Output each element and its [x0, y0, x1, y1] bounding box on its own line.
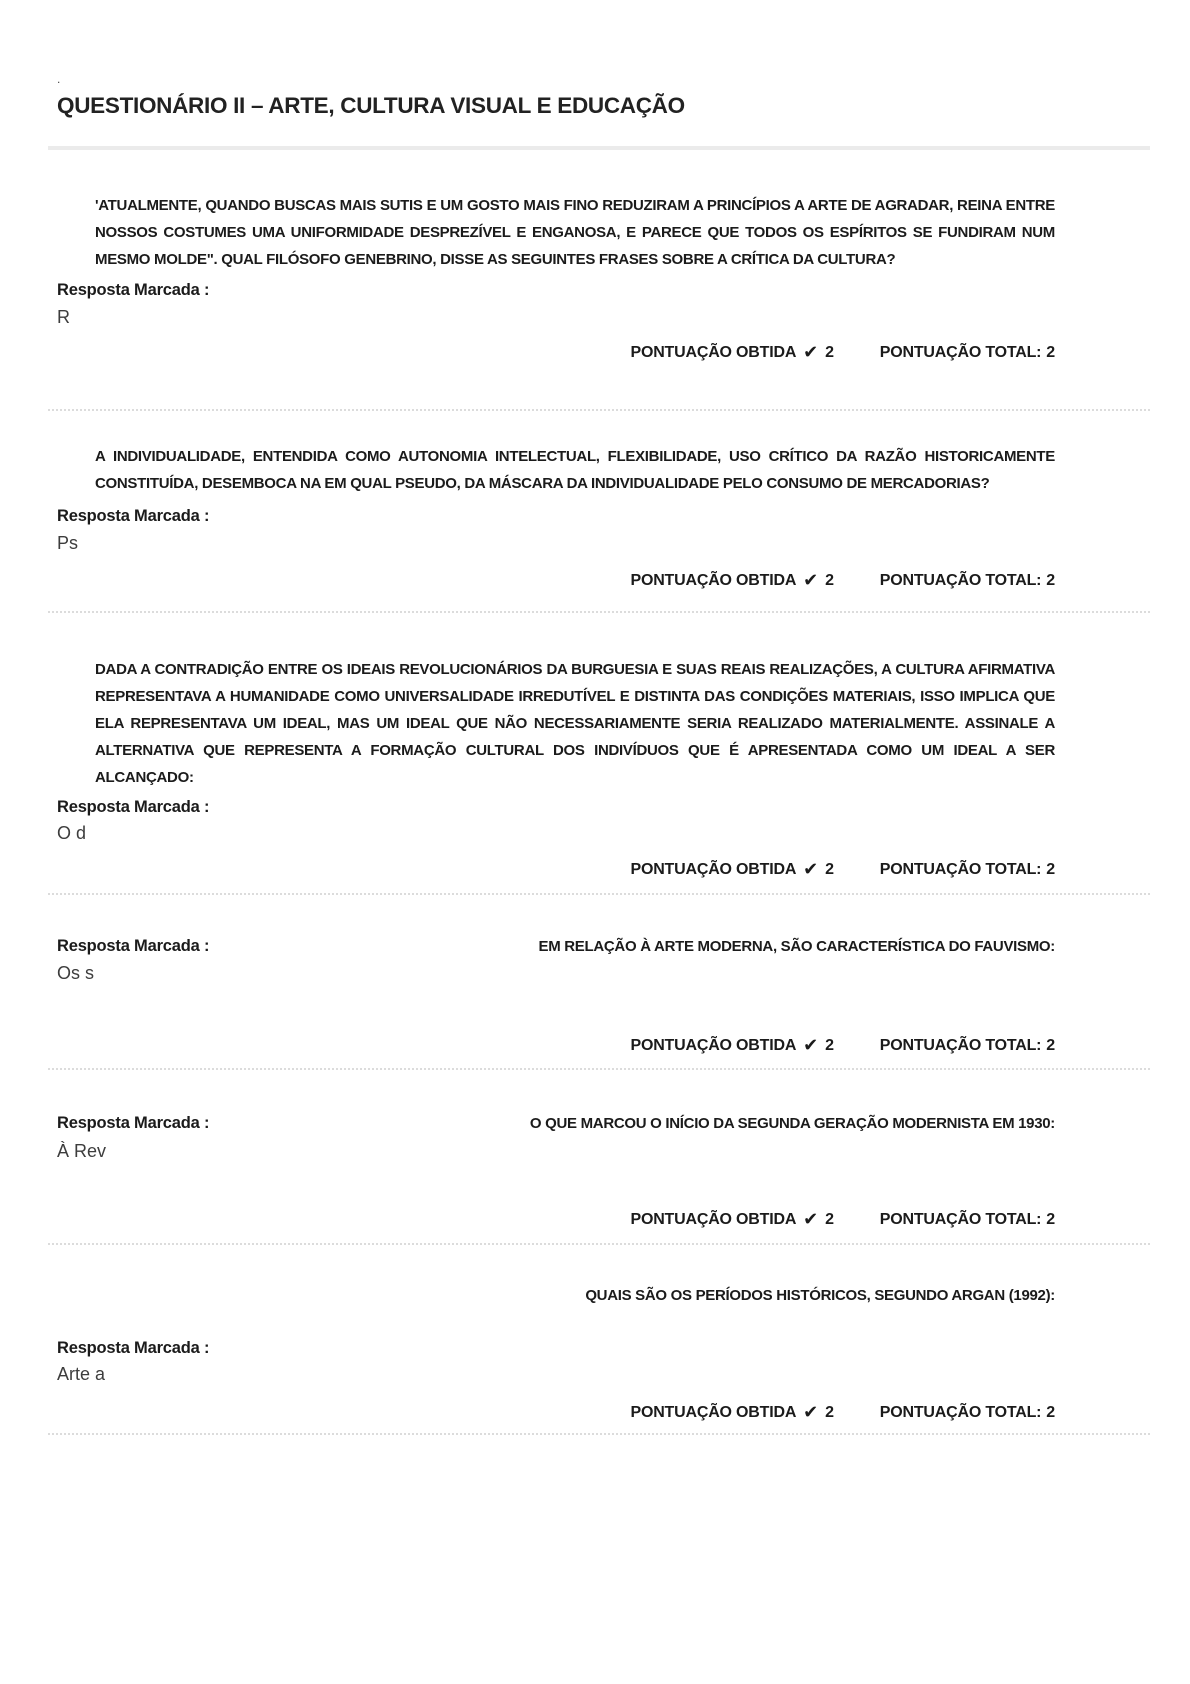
score-obtained: PONTUAÇÃO OBTIDA ✔ 2 [630, 1402, 833, 1424]
question-text: 'ATUALMENTE, QUANDO BUSCAS MAIS SUTIS E … [95, 192, 1055, 273]
score-row: PONTUAÇÃO OBTIDA ✔ 2 PONTUAÇÃO TOTAL: 2 [57, 1209, 1055, 1231]
page-title: QUESTIONÁRIO II – ARTE, CULTURA VISUAL E… [57, 92, 1055, 120]
score-total: PONTUAÇÃO TOTAL: 2 [880, 570, 1055, 592]
check-icon: ✔ [803, 1208, 818, 1230]
answer-value: R [57, 305, 1055, 329]
check-icon: ✔ [803, 341, 818, 363]
check-icon: ✔ [803, 1401, 818, 1423]
score-obtained: PONTUAÇÃO OBTIDA ✔ 2 [630, 342, 833, 364]
score-total: PONTUAÇÃO TOTAL: 2 [880, 1402, 1055, 1424]
score-total-value: 2 [1046, 1402, 1055, 1424]
score-total-label: PONTUAÇÃO TOTAL: [880, 342, 1042, 364]
section-divider [48, 1243, 1150, 1245]
check-icon: ✔ [803, 858, 818, 880]
score-row: PONTUAÇÃO OBTIDA ✔ 2 PONTUAÇÃO TOTAL: 2 [57, 342, 1055, 364]
answer-question-row: Resposta Marcada : EM RELAÇÃO À ARTE MOD… [57, 935, 1055, 958]
check-icon: ✔ [803, 1034, 818, 1056]
question-text: A INDIVIDUALIDADE, ENTENDIDA COMO AUTONO… [95, 443, 1055, 497]
score-obtained-label: PONTUAÇÃO OBTIDA [630, 859, 796, 881]
score-total-label: PONTUAÇÃO TOTAL: [880, 1402, 1042, 1424]
question-block: Resposta Marcada : EM RELAÇÃO À ARTE MOD… [48, 935, 1150, 1070]
score-total-value: 2 [1046, 342, 1055, 364]
score-total-label: PONTUAÇÃO TOTAL: [880, 859, 1042, 881]
score-obtained: PONTUAÇÃO OBTIDA ✔ 2 [630, 1209, 833, 1231]
question-block: Resposta Marcada : O QUE MARCOU O INÍCIO… [48, 1112, 1150, 1245]
question-block: A INDIVIDUALIDADE, ENTENDIDA COMO AUTONO… [48, 443, 1150, 613]
section-divider [48, 1068, 1150, 1070]
score-row: PONTUAÇÃO OBTIDA ✔ 2 PONTUAÇÃO TOTAL: 2 [57, 1402, 1055, 1424]
score-row: PONTUAÇÃO OBTIDA ✔ 2 PONTUAÇÃO TOTAL: 2 [57, 859, 1055, 881]
section-divider [48, 1433, 1150, 1435]
question-block: QUAIS SÃO OS PERÍODOS HISTÓRICOS, SEGUND… [48, 1285, 1150, 1435]
score-obtained-value: 2 [825, 1402, 834, 1424]
score-obtained-value: 2 [825, 859, 834, 881]
score-obtained-label: PONTUAÇÃO OBTIDA [630, 1209, 796, 1231]
score-obtained: PONTUAÇÃO OBTIDA ✔ 2 [630, 859, 833, 881]
score-total-value: 2 [1046, 859, 1055, 881]
question-text: QUAIS SÃO OS PERÍODOS HISTÓRICOS, SEGUND… [95, 1285, 1055, 1307]
score-obtained-label: PONTUAÇÃO OBTIDA [630, 1402, 796, 1424]
answer-value: Arte a [57, 1362, 1055, 1386]
score-obtained-value: 2 [825, 570, 834, 592]
score-obtained-label: PONTUAÇÃO OBTIDA [630, 1035, 796, 1057]
score-total-label: PONTUAÇÃO TOTAL: [880, 1209, 1042, 1231]
score-obtained-value: 2 [825, 342, 834, 364]
score-total: PONTUAÇÃO TOTAL: 2 [880, 1209, 1055, 1231]
section-divider [48, 409, 1150, 411]
answer-value: Os s [57, 961, 1055, 985]
score-row: PONTUAÇÃO OBTIDA ✔ 2 PONTUAÇÃO TOTAL: 2 [57, 570, 1055, 592]
question-block: DADA A CONTRADIÇÃO ENTRE OS IDEAIS REVOL… [48, 656, 1150, 895]
section-divider [48, 611, 1150, 613]
answer-marked-label: Resposta Marcada : [57, 796, 1055, 818]
score-total: PONTUAÇÃO TOTAL: 2 [880, 859, 1055, 881]
score-total-label: PONTUAÇÃO TOTAL: [880, 1035, 1042, 1057]
answer-marked-label: Resposta Marcada : [57, 1112, 209, 1134]
answer-marked-label: Resposta Marcada : [57, 935, 209, 957]
check-icon: ✔ [803, 569, 818, 591]
score-total-label: PONTUAÇÃO TOTAL: [880, 570, 1042, 592]
score-row: PONTUAÇÃO OBTIDA ✔ 2 PONTUAÇÃO TOTAL: 2 [57, 1035, 1055, 1057]
score-total: PONTUAÇÃO TOTAL: 2 [880, 1035, 1055, 1057]
question-block: 'ATUALMENTE, QUANDO BUSCAS MAIS SUTIS E … [48, 192, 1150, 411]
answer-value: Ps [57, 531, 1055, 555]
question-text: EM RELAÇÃO À ARTE MODERNA, SÃO CARACTERÍ… [209, 936, 1055, 958]
question-text: O QUE MARCOU O INÍCIO DA SEGUNDA GERAÇÃO… [209, 1113, 1055, 1135]
answer-marked-label: Resposta Marcada : [57, 279, 1055, 301]
question-text: DADA A CONTRADIÇÃO ENTRE OS IDEAIS REVOL… [95, 656, 1055, 791]
answer-value: O d [57, 821, 1055, 845]
top-dot: . [57, 76, 1150, 82]
answer-marked-label: Resposta Marcada : [57, 505, 1055, 527]
answer-marked-label: Resposta Marcada : [57, 1337, 1055, 1359]
answer-question-row: Resposta Marcada : O QUE MARCOU O INÍCIO… [57, 1112, 1055, 1135]
section-divider [48, 893, 1150, 895]
score-obtained: PONTUAÇÃO OBTIDA ✔ 2 [630, 1035, 833, 1057]
title-divider [48, 146, 1150, 150]
quiz-results-page: . QUESTIONÁRIO II – ARTE, CULTURA VISUAL… [0, 0, 1190, 1684]
score-total: PONTUAÇÃO TOTAL: 2 [880, 342, 1055, 364]
answer-value: À Rev [57, 1139, 1055, 1163]
score-obtained-value: 2 [825, 1035, 834, 1057]
score-total-value: 2 [1046, 1035, 1055, 1057]
score-total-value: 2 [1046, 1209, 1055, 1231]
score-obtained-label: PONTUAÇÃO OBTIDA [630, 342, 796, 364]
score-obtained-value: 2 [825, 1209, 834, 1231]
score-obtained: PONTUAÇÃO OBTIDA ✔ 2 [630, 570, 833, 592]
score-obtained-label: PONTUAÇÃO OBTIDA [630, 570, 796, 592]
score-total-value: 2 [1046, 570, 1055, 592]
